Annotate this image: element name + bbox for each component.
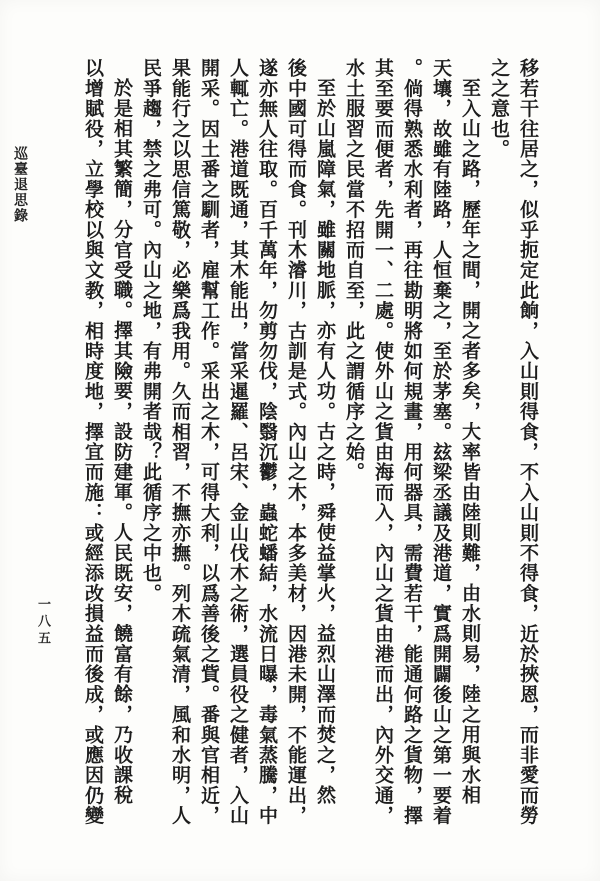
text-column: 之之意也。 bbox=[484, 58, 513, 830]
text-column: 於是相其繁簡，分官受職。擇其險要，設防建軍。人民既安，饒富有餘，乃收課稅 bbox=[107, 58, 136, 830]
text-column: 開采。因土番之馴者，雇幫工作。采出之木，可得大利，以爲善後之貲。番與官相近， bbox=[194, 58, 223, 830]
spine-title: 巡臺退思錄 bbox=[9, 146, 29, 224]
text-column: 民爭趨，禁之弗可。內山之地，有弗開者哉？此循序之中也。 bbox=[136, 58, 165, 830]
text-column: 遂亦無人往取。百千萬年，勿剪勿伐，陰翳沉鬱，蟲蛇蟠結，水流日曝，毒氣蒸騰，中 bbox=[252, 58, 281, 830]
text-column: 水土服習之民當不招而自至，此之謂循序之始。 bbox=[339, 58, 368, 830]
text-column: 移若干往居之，似乎扼定此餉，入山則得食，不入山則不得食，近於挾恩，而非愛而勞 bbox=[513, 58, 542, 830]
text-column: 天壤，故雖有陸路，人恒棄之，至於茅塞。玆梁丞議及港道，實爲開闢後山之第一要着 bbox=[426, 58, 455, 830]
text-column: 後中國可得而食。刊木濬川，古訓是式。內山之木，本多美材，因港未開，不能運出， bbox=[281, 58, 310, 830]
text-column: 以增賦役，立學校以與文教，相時度地，擇宜而施：或經添改損益而後成，或應因仍變 bbox=[78, 58, 107, 830]
book-page: 移若干往居之，似乎扼定此餉，入山則得食，不入山則不得食，近於挾恩，而非愛而勞之之… bbox=[0, 0, 600, 881]
page-text: 移若干往居之，似乎扼定此餉，入山則得食，不入山則不得食，近於挾恩，而非愛而勞之之… bbox=[70, 58, 542, 830]
text-column: 人輒亡。港道既通，其木能出，當采暹羅、呂宋、金山伐木之術，選員役之健者，入山 bbox=[223, 58, 252, 830]
page-number: 一八五 bbox=[34, 597, 53, 648]
text-column: 至於山嵐障氣，雖關地脈，亦有人功。古之時，舜使益掌火，益烈山澤而焚之，然 bbox=[310, 58, 339, 830]
text-column: 至入山之路，歷年之間，開之者多矣，大率皆由陸則難，由水則易，陸之用與水相 bbox=[455, 58, 484, 830]
text-column: 果能行之以思信篤敬，必樂爲我用。久而相習，不撫亦撫。列木疏氣清，風和水明，人 bbox=[165, 58, 194, 830]
text-column: 其至要而便者，先開一、二處。使外山之貨由海而入，內山之貨由港而出，內外交通， bbox=[368, 58, 397, 830]
text-column: 。倘得熟悉水利者，再往勘明將如何規畫，用何器具，需費若干，能通何路之貨物，擇 bbox=[397, 58, 426, 830]
